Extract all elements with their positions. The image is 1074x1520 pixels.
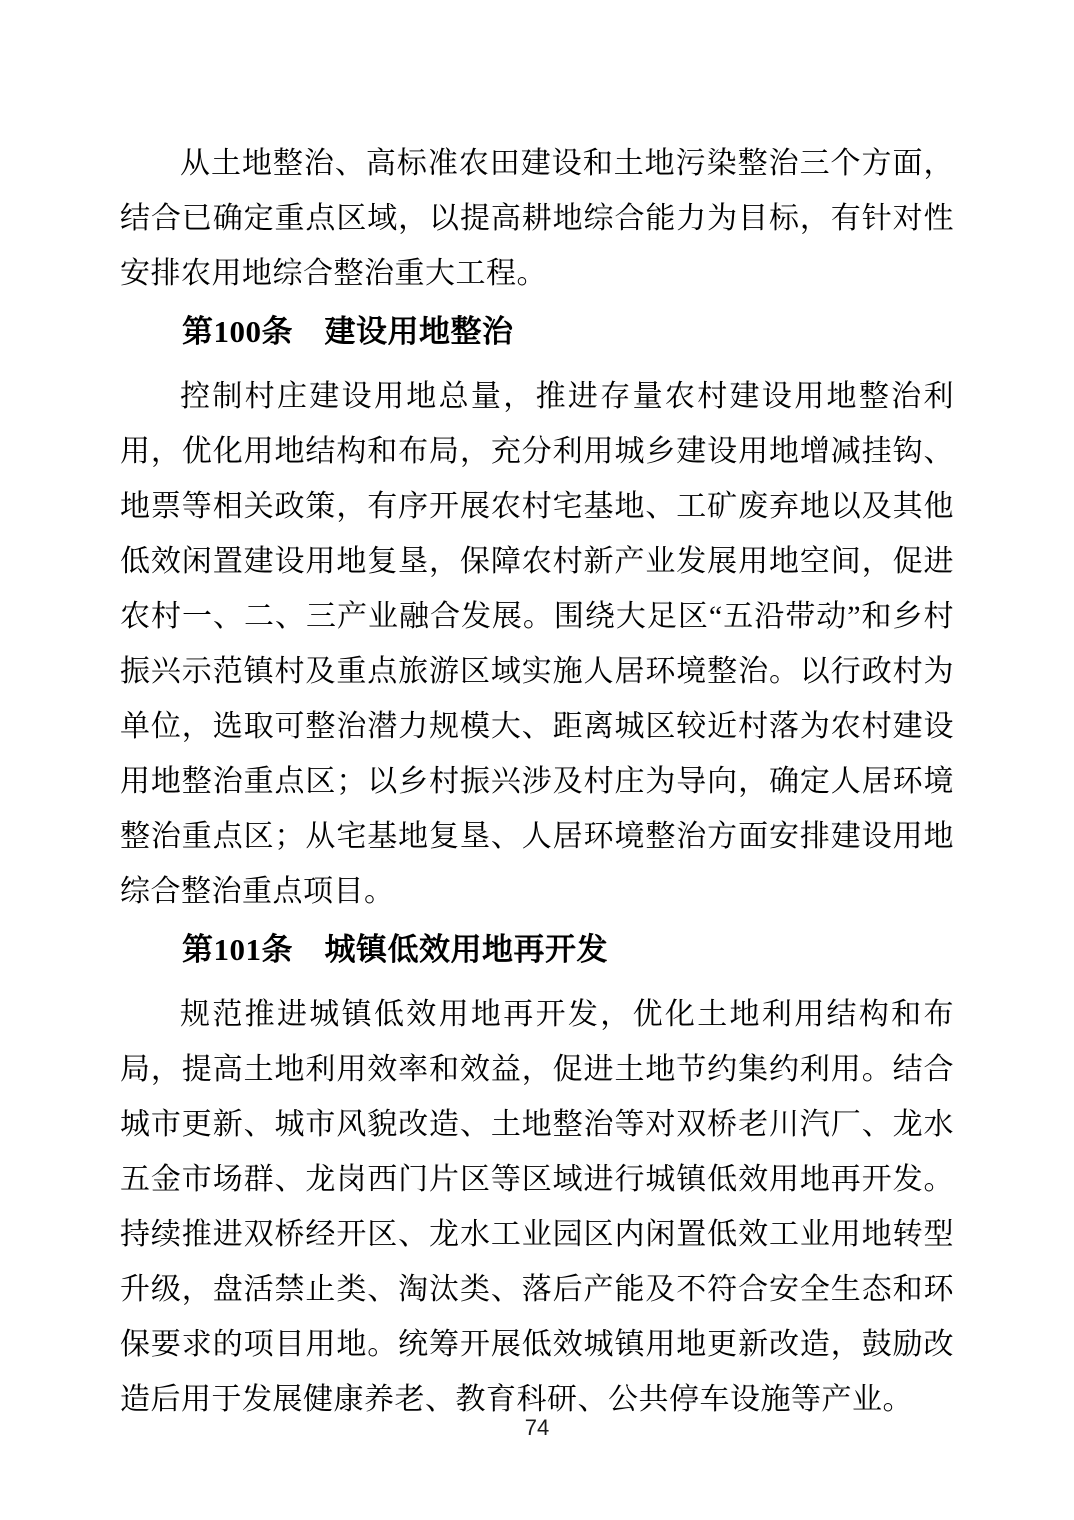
article-heading-101: 第101条 城镇低效用地再开发 xyxy=(120,922,954,977)
article-heading-100: 第100条 建设用地整治 xyxy=(120,304,954,359)
document-page: 从土地整治、高标准农田建设和土地污染整治三个方面，结合已确定重点区域，以提高耕地… xyxy=(0,0,1074,1520)
paragraph-inefficient-urban-land-redevelopment: 规范推进城镇低效用地再开发，优化土地利用结构和布局，提高土地利用效率和效益，促进… xyxy=(120,987,954,1427)
document-content: 从土地整治、高标准农田建设和土地污染整治三个方面，结合已确定重点区域，以提高耕地… xyxy=(120,136,954,1427)
paragraph-construction-land-consolidation: 控制村庄建设用地总量，推进存量农村建设用地整治利用，优化用地结构和布局，充分利用… xyxy=(120,369,954,919)
page-number: 74 xyxy=(0,1415,1074,1441)
paragraph-agricultural-land-consolidation: 从土地整治、高标准农田建设和土地污染整治三个方面，结合已确定重点区域，以提高耕地… xyxy=(120,136,954,301)
